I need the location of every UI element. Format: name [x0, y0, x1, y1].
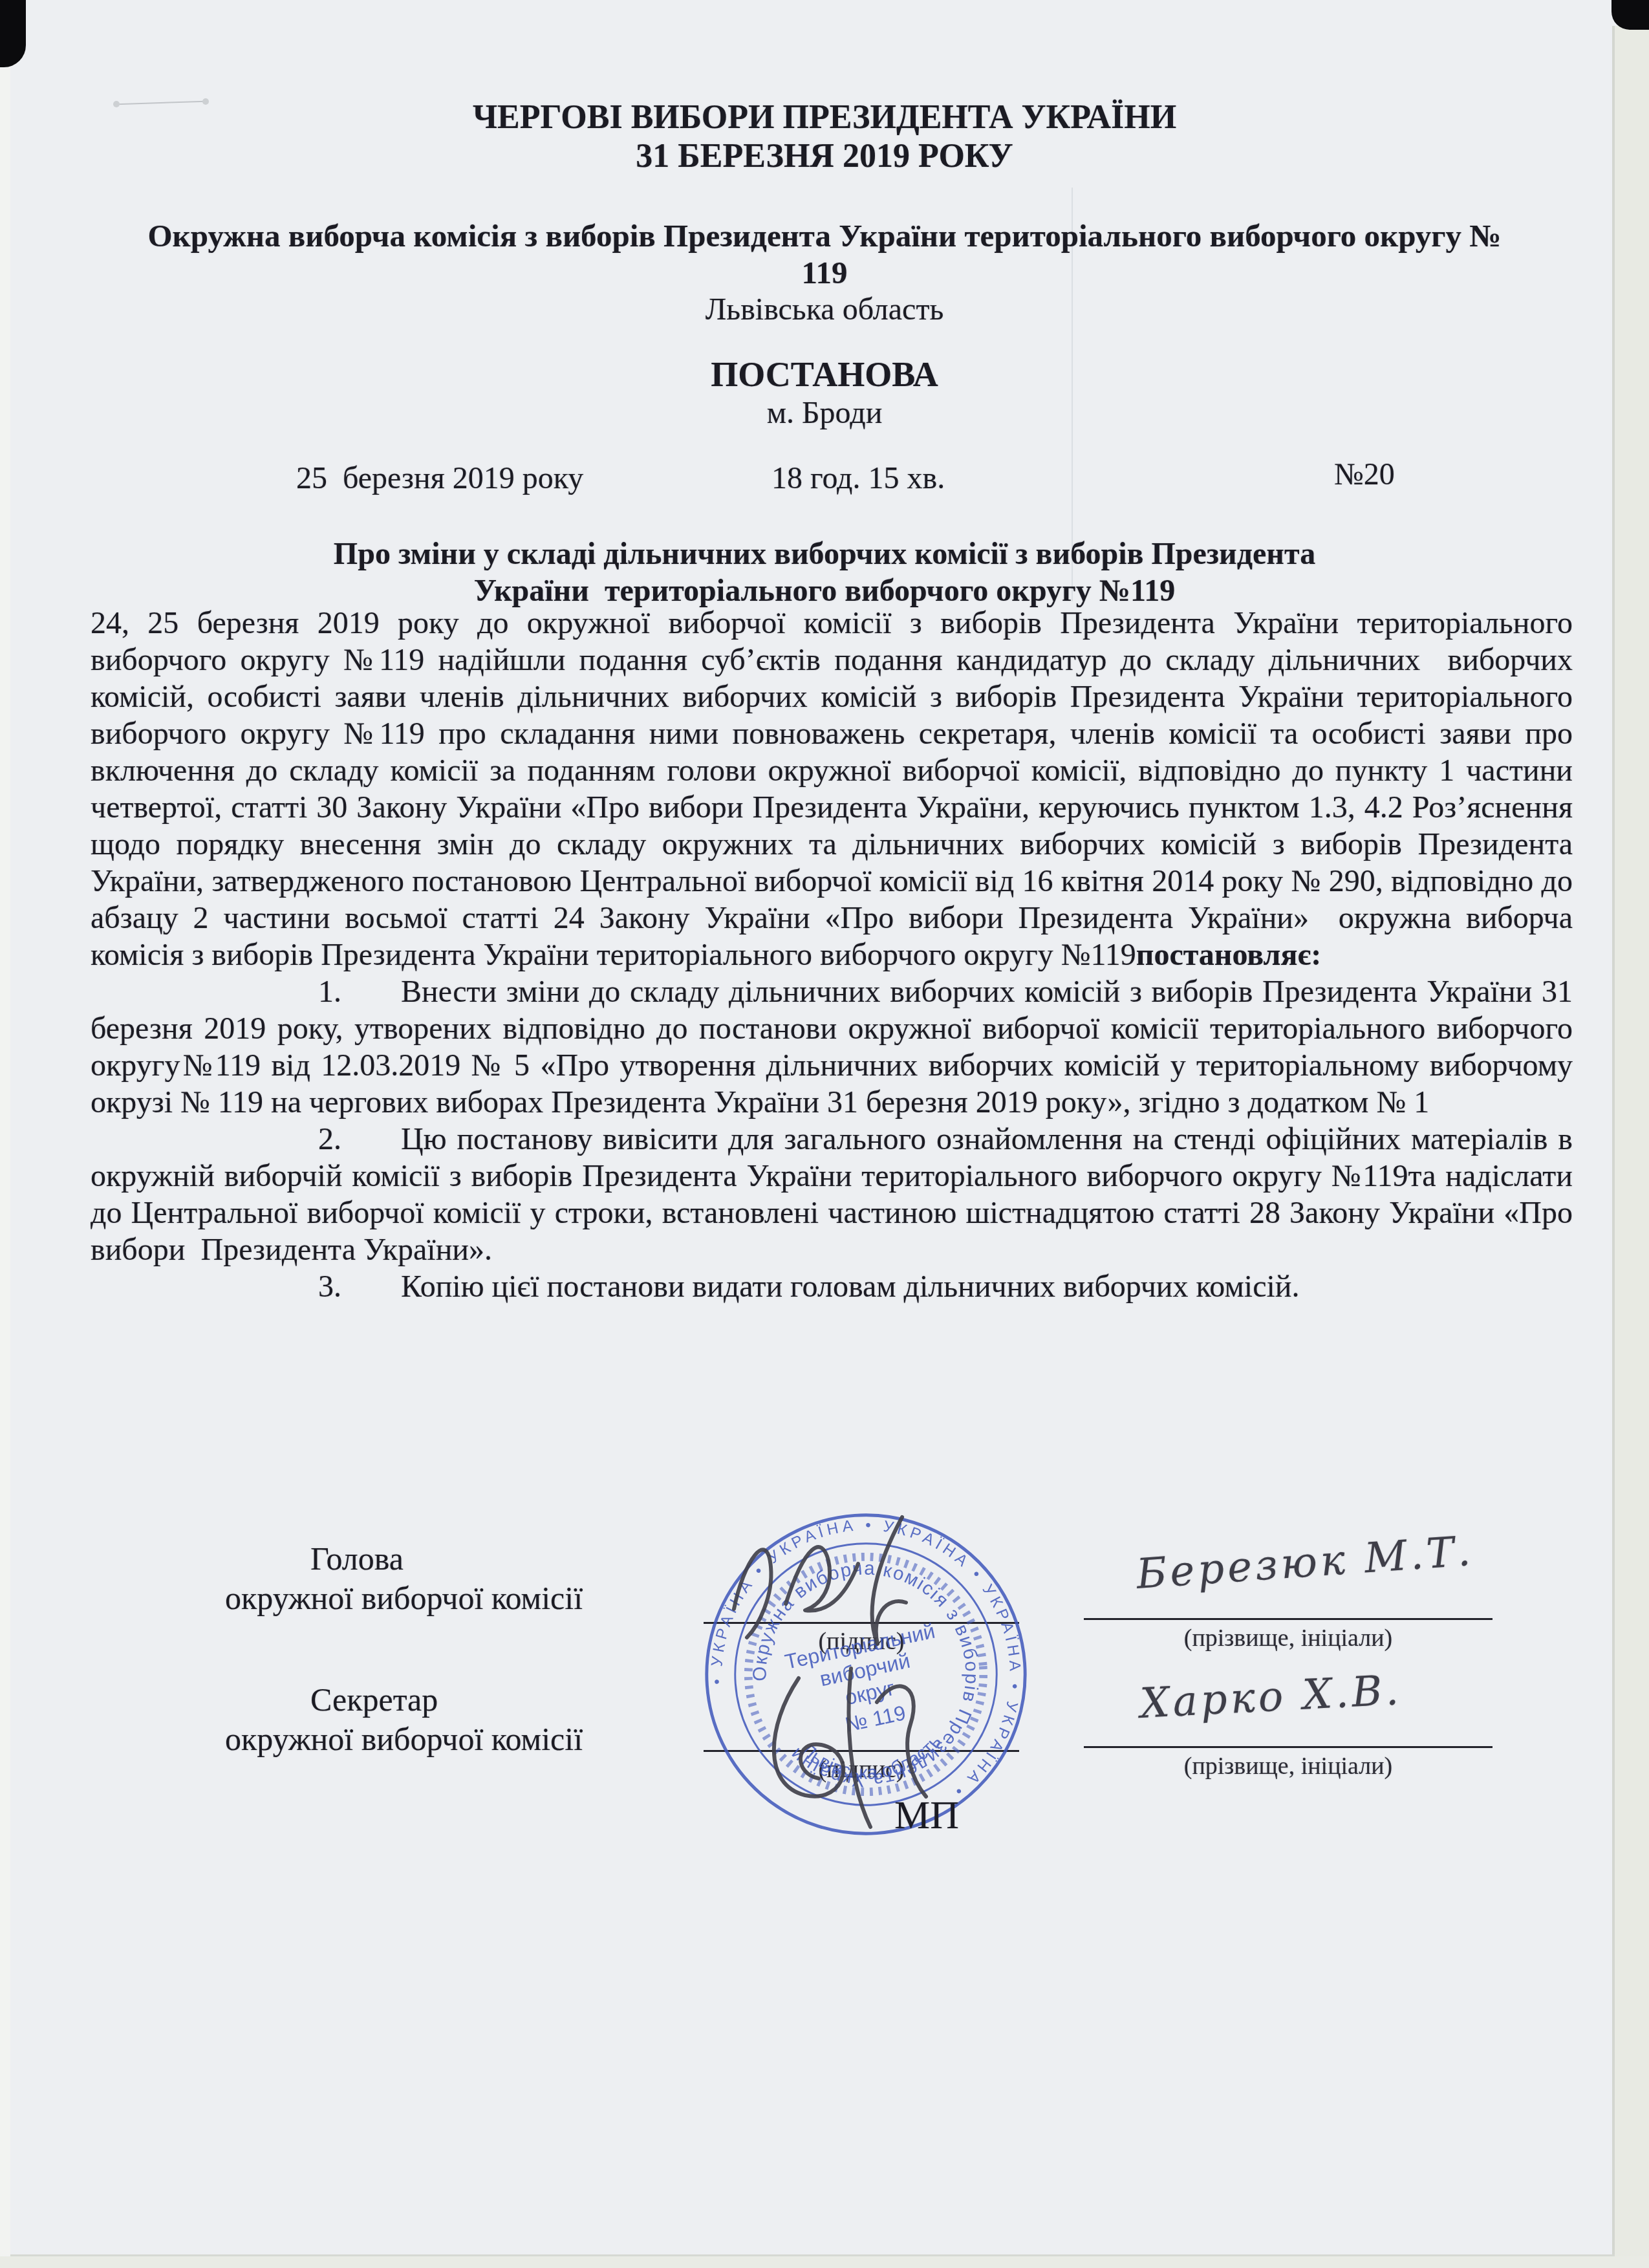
scan-corner-top-right — [1611, 0, 1649, 30]
secretary-name-line — [1084, 1746, 1493, 1748]
item-text: Копію цієї постанови видати головам діль… — [401, 1269, 1300, 1304]
chairman-handwritten-name: Березюк М.Т. — [1135, 1528, 1475, 1599]
scanned-document-page: ЧЕРГОВІ ВИБОРИ ПРЕЗИДЕНТА УКРАЇНИ 31 БЕР… — [0, 0, 1649, 2268]
intro-paragraph: 24, 25 березня 2019 року до окружної виб… — [91, 605, 1573, 973]
secretary-title-line1: Секретар — [310, 1681, 438, 1718]
document-time: 18 год. 15 хв. — [771, 460, 945, 496]
item-number: 3. — [318, 1269, 341, 1304]
resolution-item: 2.Цю постанову вивісити для загального о… — [91, 1121, 1573, 1268]
scan-left-edge — [0, 0, 10, 2268]
chairman-name-line — [1084, 1618, 1493, 1620]
name-caption: (прізвище, ініціали) — [1084, 1752, 1493, 1780]
document-type: ПОСТАНОВА — [0, 354, 1649, 394]
chairman-title-line1: Голова — [310, 1540, 404, 1577]
region-line: Львівська область — [0, 291, 1649, 328]
item-text: Цю постанову вивісити для загального озн… — [91, 1122, 1580, 1267]
election-header-line1: ЧЕРГОВІ ВИБОРИ ПРЕЗИДЕНТА УКРАЇНИ — [0, 98, 1649, 137]
commission-name: Окружна виборча комісія з виборів Презид… — [126, 217, 1523, 291]
seal-place-mark: МП — [894, 1793, 959, 1839]
scan-corner-top-left — [0, 0, 26, 67]
item-text: Внести зміни до складу дільничних виборч… — [91, 975, 1580, 1119]
secretary-signature-ink — [737, 1643, 1009, 1837]
chairman-title-line2: окружної виборчої комісії — [225, 1580, 583, 1617]
document-date: 25 березня 2019 року — [296, 460, 583, 496]
name-caption: (прізвище, ініціали) — [1084, 1624, 1493, 1652]
resolves-word: постановляє: — [1136, 938, 1322, 972]
scan-bottom-strip — [0, 2256, 1649, 2268]
intro-text: 24, 25 березня 2019 року до окружної виб… — [91, 606, 1580, 972]
title-line2: України територіального виборчого округу… — [0, 572, 1649, 609]
city-line: м. Броди — [0, 394, 1649, 431]
secretary-handwritten-name: Харко Х.В. — [1139, 1667, 1403, 1728]
election-header-line2: 31 БЕРЕЗНЯ 2019 РОКУ — [0, 137, 1649, 176]
title-line1: Про зміни у складі дільничних виборчих к… — [0, 535, 1649, 572]
resolution-item: 1.Внести зміни до складу дільничних вибо… — [91, 973, 1573, 1121]
document-number: №20 — [1334, 457, 1395, 492]
secretary-title-line2: окружної виборчої комісії — [225, 1721, 583, 1758]
chairman-signature-ink — [708, 1499, 980, 1661]
resolution-item: 3.Копію цієї постанови видати головам ді… — [91, 1268, 1573, 1305]
item-number: 2. — [318, 1122, 341, 1156]
item-number: 1. — [318, 975, 341, 1009]
document-body: 24, 25 березня 2019 року до окружної виб… — [91, 605, 1573, 1305]
